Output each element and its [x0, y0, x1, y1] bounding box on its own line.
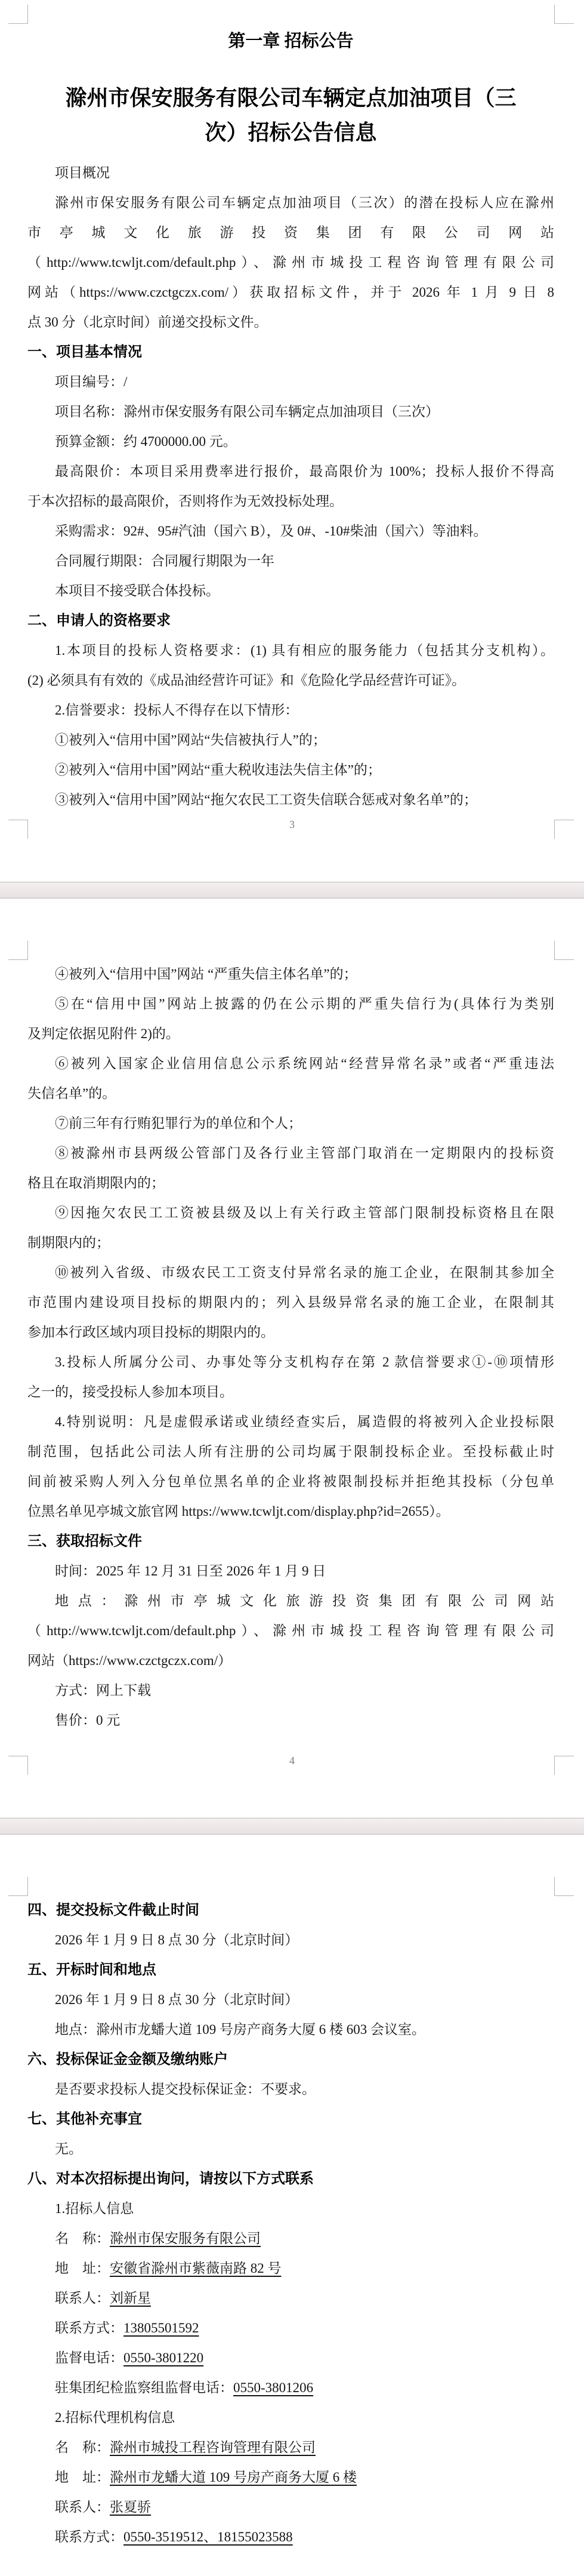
body-line: 最高限价：本项目采用费率进行报价，最高限价为 100%；投标人报价不得高: [27, 457, 554, 487]
contact-field-label: 监督电话：: [55, 2350, 123, 2365]
body-line: 2.招标代理机构信息: [27, 2403, 554, 2433]
body-line: ⑤在“信用中国”网站上披露的仍在公示期的严重失信行为(具体行为类别: [27, 989, 554, 1019]
body-line: 4.特别说明：凡是虚假承诺或业绩经查实后，属造假的将被列入企业投标限: [27, 1407, 554, 1437]
contact-line: 名 称：滁州市保安服务有限公司: [27, 2224, 554, 2254]
body-line: 1.本项目的投标人资格要求：(1) 具有相应的服务能力（包括其分支机构）。: [27, 636, 554, 666]
contact-field-label: 地 址：: [55, 2261, 110, 2276]
document-view: 第一章 招标公告滁州市保安服务有限公司车辆定点加油项目（三次）招标公告信息项目概…: [0, 0, 584, 2576]
body-line: ③被列入“信用中国”网站“拖欠农民工工资失信联合惩戒对象名单”的；: [27, 785, 554, 815]
contact-field-value: 0550-3801220: [123, 2350, 203, 2365]
body-line: 制范围，包括此公司法人所有注册的公司均属于限制投标企业。至投标截止时: [27, 1437, 554, 1467]
document-page: 第一章 招标公告滁州市保安服务有限公司车辆定点加油项目（三次）招标公告信息项目概…: [0, 0, 584, 882]
contact-field-value: 安徽省滁州市紫薇南路 82 号: [110, 2261, 282, 2276]
doc-title: 滁州市保安服务有限公司车辆定点加油项目（三次）招标公告信息: [27, 81, 554, 150]
contact-field-value: 滁州市城投工程咨询管理有限公司: [110, 2440, 316, 2455]
body-line: ④被列入“信用中国”网站 “严重失信主体名单”的；: [27, 959, 554, 989]
margin-corner-mark: [554, 941, 574, 960]
contact-field-label: 联系方式：: [55, 2320, 123, 2335]
body-line: 2026 年 1 月 9 日 8 点 30 分（北京时间）: [27, 1925, 554, 1955]
contact-field-value: 刘新星: [110, 2291, 151, 2306]
body-line: （http://www.tcwljt.com/default.php）、滁州市城…: [27, 248, 554, 278]
body-line: 市亭城文化旅游投资集团有限公司网站: [27, 218, 554, 248]
body-line: 本项目不接受联合体投标。: [27, 576, 554, 606]
body-line: 是否要求投标人提交投标保证金：不要求。: [27, 2075, 554, 2104]
section-heading: 六、投标保证金金额及缴纳账户: [27, 2045, 554, 2075]
body-line: 1.招标人信息: [27, 2194, 554, 2224]
contact-field-value: 0550-3801206: [233, 2380, 313, 2395]
body-line: 无。: [27, 2134, 554, 2164]
body-line: 3.投标人所属分公司、办事处等分支机构存在第 2 款信誉要求①-⑩项情形: [27, 1347, 554, 1377]
body-line: (2) 必须具有有效的《成品油经营许可证》和《危险化学品经营许可证》。: [27, 666, 554, 695]
doc-title-line: 次）招标公告信息: [27, 115, 554, 150]
body-line: 点 30 分（北京时间）前递交投标文件。: [27, 307, 554, 337]
margin-corner-mark: [8, 941, 28, 960]
body-line: 售价：0 元: [27, 1706, 554, 1735]
body-line: 制期限内的；: [27, 1228, 554, 1258]
chapter-heading: 第一章 招标公告: [27, 23, 554, 59]
margin-corner-mark: [554, 1877, 574, 1896]
body-line: 格且在取消期限内的；: [27, 1168, 554, 1198]
document-page: ④被列入“信用中国”网站 “严重失信主体名单”的；⑤在“信用中国”网站上披露的仍…: [0, 898, 584, 1818]
body-line: 方式：网上下载: [27, 1676, 554, 1706]
body-line: 时间：2025 年 12 月 31 日至 2026 年 1 月 9 日: [27, 1556, 554, 1586]
contact-field-label: 联系人：: [55, 2500, 110, 2515]
body-line: 地点：滁州市亭城文化旅游投资集团有限公司网站: [27, 1586, 554, 1616]
margin-corner-mark: [554, 5, 574, 24]
section-heading: 四、提交投标文件截止时间: [27, 1895, 554, 1925]
contact-line: 联系方式：0550-3519512、18155023588: [27, 2522, 554, 2552]
body-line: 2026 年 1 月 9 日 8 点 30 分（北京时间）: [27, 1985, 554, 2015]
body-line: 之一的，接受投标人参加本项目。: [27, 1377, 554, 1407]
contact-line: 驻集团纪检监察组监督电话：0550-3801206: [27, 2373, 554, 2403]
body-line: 滁州市保安服务有限公司车辆定点加油项目（三次）的潜在投标人应在滁州: [27, 188, 554, 218]
body-line: 间前被采购人列入分包单位黑名单的企业将被限制投标并拒绝其投标（分包单: [27, 1467, 554, 1497]
body-line: 位黑名单见亭城文旅官网 https://www.tcwljt.com/displ…: [27, 1497, 554, 1526]
margin-corner-mark: [8, 5, 28, 24]
contact-line: 地 址：滁州市龙蟠大道 109 号房产商务大厦 6 楼: [27, 2463, 554, 2492]
contact-line: 联系人：刘新星: [27, 2283, 554, 2313]
contact-line: 名 称：滁州市城投工程咨询管理有限公司: [27, 2433, 554, 2463]
section-heading: 七、其他补充事宜: [27, 2104, 554, 2134]
contact-field-value: 滁州市保安服务有限公司: [110, 2231, 261, 2246]
body-line: ①被列入“信用中国”网站“失信被执行人”的；: [27, 725, 554, 755]
body-line: 及判定依据见附件 2)的。: [27, 1019, 554, 1049]
body-line: ⑥被列入国家企业信用信息公示系统网站“经营异常名录”或者“严重违法: [27, 1049, 554, 1079]
page-break-band: [0, 882, 584, 898]
body-line: 网站（https://www.czctgczx.com/）获取招标文件，并于 2…: [27, 278, 554, 307]
body-line: 合同履行期限：合同履行期限为一年: [27, 546, 554, 576]
body-line: 参加本行政区域内项目投标的期限内的。: [27, 1318, 554, 1347]
contact-field-label: 联系人：: [55, 2291, 110, 2306]
body-line: 项目概况: [27, 158, 554, 188]
contact-field-label: 驻集团纪检监察组监督电话：: [55, 2380, 233, 2395]
body-line: ⑦前三年有行贿犯罪行为的单位和个人；: [27, 1109, 554, 1138]
body-line: ⑨因拖欠农民工工资被县级及以上有关行政主管部门限制投标资格且在限: [27, 1198, 554, 1228]
contact-field-value: 13805501592: [123, 2320, 199, 2335]
contact-field-label: 名 称：: [55, 2231, 110, 2246]
body-line: 网站（https://www.czctgczx.com/）: [27, 1646, 554, 1676]
contact-line: 联系人：张夏骄: [27, 2492, 554, 2522]
body-line: 项目名称：滁州市保安服务有限公司车辆定点加油项目（三次）: [27, 397, 554, 427]
body-line: ⑩被列入省级、市级农民工工资支付异常名录的施工企业，在限制其参加全: [27, 1258, 554, 1288]
section-heading: 八、对本次招标提出询问，请按以下方式联系: [27, 2164, 554, 2194]
body-line: 采购需求：92#、95#汽油（国六 B），及 0#、-10#柴油（国六）等油料。: [27, 516, 554, 546]
section-heading: 二、申请人的资格要求: [27, 606, 554, 636]
section-heading: 一、项目基本情况: [27, 337, 554, 367]
body-line: 地点：滁州市龙蟠大道 109 号房产商务大厦 6 楼 603 会议室。: [27, 2015, 554, 2045]
body-line: 失信名单”的。: [27, 1079, 554, 1109]
section-heading: 三、获取招标文件: [27, 1526, 554, 1556]
contact-line: 地 址：安徽省滁州市紫薇南路 82 号: [27, 2254, 554, 2283]
contact-field-label: 名 称：: [55, 2440, 110, 2455]
body-line: 预算金额：约 4700000.00 元。: [27, 427, 554, 457]
body-line: ②被列入“信用中国”网站“重大税收违法失信主体”的；: [27, 755, 554, 785]
section-heading: 五、开标时间和地点: [27, 1955, 554, 1985]
contact-field-value: 滁州市龙蟠大道 109 号房产商务大厦 6 楼: [110, 2470, 357, 2485]
margin-corner-mark: [8, 1877, 28, 1896]
contact-line: 监督电话：0550-3801220: [27, 2343, 554, 2373]
contact-field-value: 0550-3519512、18155023588: [123, 2529, 293, 2544]
page-number: 3: [0, 818, 584, 831]
body-line: 2.信誉要求：投标人不得存在以下情形：: [27, 695, 554, 725]
page-number: 4: [0, 1754, 584, 1767]
body-line: 项目编号：/: [27, 367, 554, 397]
body-line: ⑧被滁州市县两级公管部门及各行业主管部门取消在一定期限内的投标资: [27, 1138, 554, 1168]
contact-field-value: 张夏骄: [110, 2500, 151, 2515]
body-line: 于本次招标的最高限价，否则将作为无效投标处理。: [27, 487, 554, 516]
body-line: 市范围内建设项目投标的期限内的；列入县级异常名录的施工企业，在限制其: [27, 1288, 554, 1318]
contact-line: 联系方式：13805501592: [27, 2313, 554, 2343]
contact-field-label: 联系方式：: [55, 2529, 123, 2544]
doc-title-line: 滁州市保安服务有限公司车辆定点加油项目（三: [27, 81, 554, 115]
body-line: （http://www.tcwljt.com/default.php）、滁州市城…: [27, 1616, 554, 1646]
contact-field-label: 地 址：: [55, 2470, 110, 2485]
document-page: 四、提交投标文件截止时间2026 年 1 月 9 日 8 点 30 分（北京时间…: [0, 1835, 584, 2576]
page-break-band: [0, 1818, 584, 1835]
